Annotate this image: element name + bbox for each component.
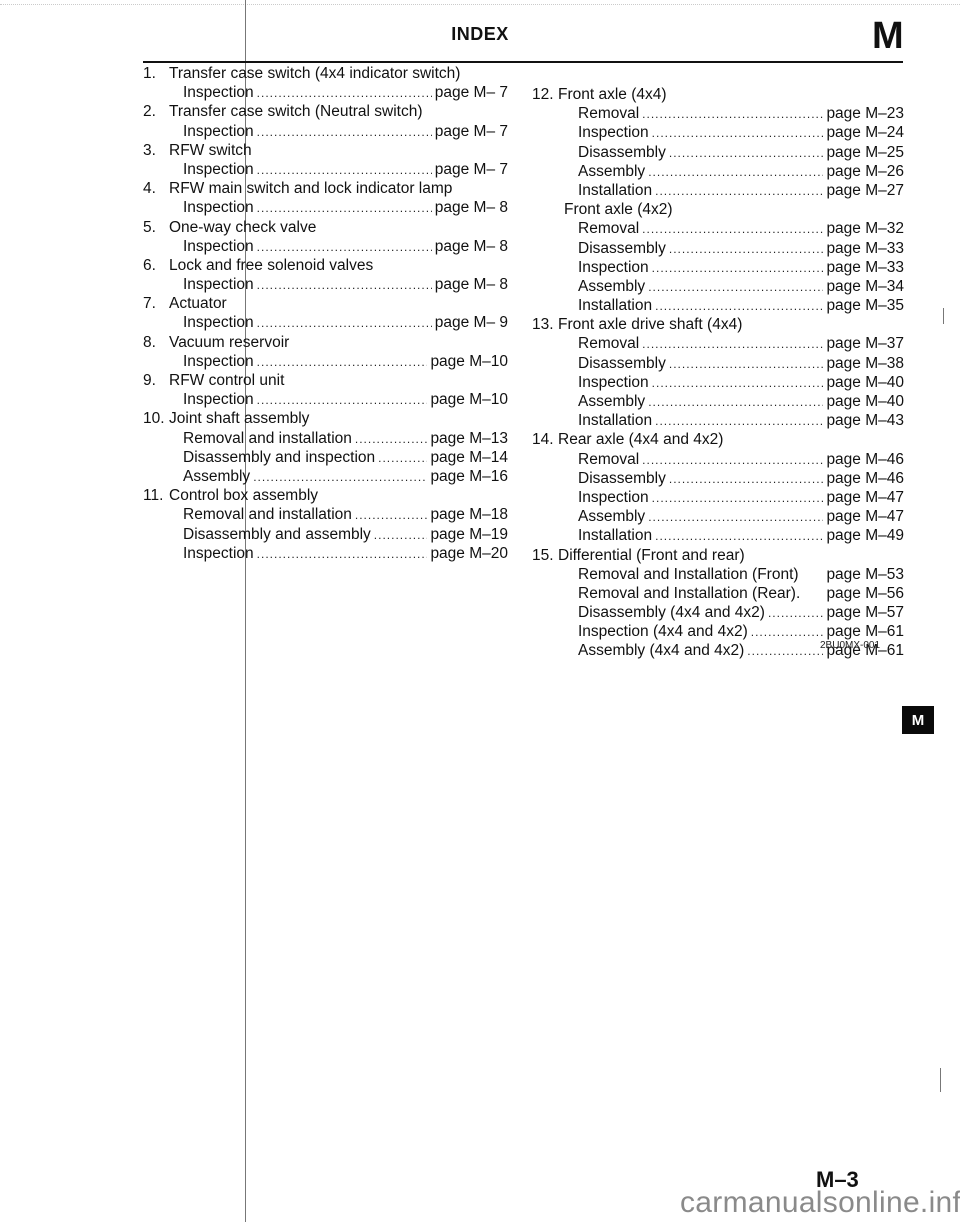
entry-label: Inspection [183, 122, 254, 141]
entry-page-ref: page M–47 [826, 488, 904, 507]
section-title: Lock and free solenoid valves [169, 256, 373, 275]
dot-leader [652, 374, 824, 393]
entry-page-ref: page M– 9 [435, 313, 508, 332]
index-entry[interactable]: Installationpage M–49 [532, 526, 904, 545]
index-section-heading: 4.RFW main switch and lock indicator lam… [143, 179, 508, 198]
watermark: carmanualsonline.info [680, 1186, 960, 1220]
index-entry[interactable]: Disassemblypage M–38 [532, 354, 904, 373]
dot-leader [257, 123, 432, 142]
entry-page-ref: page M–40 [826, 373, 904, 392]
entry-page-ref: page M–32 [826, 219, 904, 238]
entry-label: Installation [578, 526, 652, 545]
index-section-heading: 2.Transfer case switch (Neutral switch) [143, 102, 508, 121]
dot-leader [669, 144, 824, 163]
entry-label: Disassembly [578, 239, 666, 258]
index-section-heading: 6.Lock and free solenoid valves [143, 256, 508, 275]
index-entry[interactable]: Installationpage M–27 [532, 181, 904, 200]
entry-page-ref: page M–10 [430, 352, 508, 371]
index-entry[interactable]: Inspectionpage M– 8 [143, 198, 508, 217]
entry-page-ref: page M– 8 [435, 198, 508, 217]
dot-leader [652, 489, 824, 508]
index-section-heading: 11.Control box assembly [143, 486, 508, 505]
entry-page-ref: page M–49 [826, 526, 904, 545]
dot-leader [669, 470, 824, 489]
dot-leader [257, 84, 432, 103]
section-number: 14. [532, 430, 558, 449]
dot-leader [655, 527, 823, 546]
entry-page-ref: page M– 8 [435, 275, 508, 294]
index-entry[interactable]: Assemblypage M–40 [532, 392, 904, 411]
dot-leader [642, 105, 823, 124]
section-number: 9. [143, 371, 169, 390]
entry-label: Inspection (4x4 and 4x2) [578, 622, 748, 641]
index-section-heading: 12.Front axle (4x4) [532, 85, 904, 104]
entry-label: Assembly (4x4 and 4x2) [578, 641, 744, 660]
entry-page-ref: page M–47 [826, 507, 904, 526]
entry-page-ref: page M–46 [826, 469, 904, 488]
index-entry[interactable]: Assemblypage M–16 [143, 467, 508, 486]
section-title: Front axle drive shaft (4x4) [558, 315, 742, 334]
section-number: 6. [143, 256, 169, 275]
index-entry[interactable]: Inspectionpage M–20 [143, 544, 508, 563]
index-entry[interactable]: Removalpage M–46 [532, 450, 904, 469]
entry-page-ref: page M–19 [430, 525, 508, 544]
entry-label: Disassembly [578, 143, 666, 162]
index-entry[interactable]: Disassemblypage M–33 [532, 239, 904, 258]
dot-leader [648, 393, 823, 412]
entry-page-ref: page M–61 [826, 622, 904, 641]
dot-leader [648, 278, 823, 297]
index-section-heading: 15.Differential (Front and rear) [532, 546, 904, 565]
entry-page-ref: page M– 7 [435, 83, 508, 102]
entry-label: Inspection [578, 488, 649, 507]
section-number: 15. [532, 546, 558, 565]
entry-page-ref: page M–27 [826, 181, 904, 200]
section-title: RFW main switch and lock indicator lamp [169, 179, 452, 198]
entry-page-ref: page M–33 [826, 239, 904, 258]
entry-label: Inspection [183, 313, 254, 332]
entry-page-ref: page M–33 [826, 258, 904, 277]
scan-artifact-top [0, 4, 960, 7]
entry-label: Inspection [183, 198, 254, 217]
entry-label: Installation [578, 411, 652, 430]
entry-page-ref: page M–14 [430, 448, 508, 467]
entry-label: Disassembly [578, 469, 666, 488]
entry-label: Disassembly [578, 354, 666, 373]
index-entry[interactable]: Inspectionpage M–33 [532, 258, 904, 277]
dot-leader [378, 449, 427, 468]
index-section-heading: 8.Vacuum reservoir [143, 333, 508, 352]
entry-page-ref: page M–18 [430, 505, 508, 524]
index-entry[interactable]: Inspectionpage M– 7 [143, 122, 508, 141]
section-title: Control box assembly [169, 486, 318, 505]
index-entry[interactable]: Inspectionpage M–10 [143, 390, 508, 409]
entry-page-ref: page M–46 [826, 450, 904, 469]
index-entry[interactable]: Assemblypage M–26 [532, 162, 904, 181]
entry-page-ref: page M–57 [826, 603, 904, 622]
index-section-heading: 13.Front axle drive shaft (4x4) [532, 315, 904, 334]
entry-page-ref: page M–25 [826, 143, 904, 162]
dot-leader [257, 238, 432, 257]
index-entry[interactable]: Disassembly and inspectionpage M–14 [143, 448, 508, 467]
section-number: 10. [143, 409, 169, 428]
dot-leader [257, 276, 432, 295]
index-right-column: 12.Front axle (4x4)Removalpage M–23Inspe… [532, 85, 904, 661]
dot-leader [655, 182, 823, 201]
index-entry[interactable]: Inspectionpage M– 7 [143, 160, 508, 179]
entry-page-ref: page M–40 [826, 392, 904, 411]
entry-label: Disassembly and assembly [183, 525, 371, 544]
figure-code: 2BU0MX-001 [820, 640, 880, 651]
section-number: 7. [143, 294, 169, 313]
index-entry[interactable]: Disassembly and assemblypage M–19 [143, 525, 508, 544]
index-entry[interactable]: Inspectionpage M–10 [143, 352, 508, 371]
entry-label: Inspection [578, 123, 649, 142]
entry-page-ref: page M–20 [430, 544, 508, 563]
entry-page-ref: page M–53 [826, 565, 904, 584]
index-left-column: 1.Transfer case switch (4x4 indicator sw… [143, 64, 508, 563]
entry-label: Disassembly (4x4 and 4x2) [578, 603, 765, 622]
dot-leader [669, 240, 824, 259]
index-entry[interactable]: Inspection (4x4 and 4x2)page M–61 [532, 622, 904, 641]
dot-leader [355, 506, 428, 525]
section-title: RFW switch [169, 141, 252, 160]
entry-label: Removal [578, 334, 639, 353]
entry-label: Installation [578, 181, 652, 200]
section-title: One-way check valve [169, 218, 316, 237]
index-section-heading: 10.Joint shaft assembly [143, 409, 508, 428]
index-entry[interactable]: Inspectionpage M– 8 [143, 275, 508, 294]
section-title: Actuator [169, 294, 227, 313]
index-entry[interactable]: Disassemblypage M–46 [532, 469, 904, 488]
index-entry[interactable]: Disassemblypage M–25 [532, 143, 904, 162]
section-number: 4. [143, 179, 169, 198]
index-section-heading: 14.Rear axle (4x4 and 4x2) [532, 430, 904, 449]
entry-label: Assembly [578, 277, 645, 296]
entry-label: Inspection [183, 160, 254, 179]
entry-label: Removal [578, 450, 639, 469]
index-entry[interactable]: Removalpage M–23 [532, 104, 904, 123]
index-entry[interactable]: Removal and Installation (Front)page M–5… [532, 565, 904, 584]
index-entry[interactable]: Assemblypage M–34 [532, 277, 904, 296]
dot-leader [257, 199, 432, 218]
entry-page-ref: page M–13 [430, 429, 508, 448]
entry-label: Inspection [183, 237, 254, 256]
index-entry[interactable]: Inspectionpage M–24 [532, 123, 904, 142]
entry-label: Assembly [578, 392, 645, 411]
entry-label: Inspection [183, 390, 254, 409]
entry-page-ref: page M–35 [826, 296, 904, 315]
entry-label: Inspection [183, 352, 254, 371]
dot-leader [257, 545, 428, 564]
section-title: Rear axle (4x4 and 4x2) [558, 430, 723, 449]
entry-label: Removal and installation [183, 429, 352, 448]
index-entry[interactable]: Inspectionpage M– 7 [143, 83, 508, 102]
entry-label: Assembly [183, 467, 250, 486]
entry-label: Inspection [578, 258, 649, 277]
entry-page-ref: page M–24 [826, 123, 904, 142]
entry-page-ref: page M– 7 [435, 122, 508, 141]
section-title: Front axle (4x2) [564, 200, 673, 219]
dot-leader [655, 412, 823, 431]
dot-leader [257, 391, 428, 410]
dot-leader [257, 353, 428, 372]
index-entry[interactable]: Inspectionpage M– 8 [143, 237, 508, 256]
section-number: 5. [143, 218, 169, 237]
dot-leader [253, 468, 427, 487]
index-entry[interactable]: Removal and installationpage M–13 [143, 429, 508, 448]
entry-label: Inspection [183, 83, 254, 102]
index-section-heading: 7.Actuator [143, 294, 508, 313]
section-tab-marker: M [902, 706, 934, 734]
entry-label: Inspection [578, 373, 649, 392]
entry-page-ref: page M–10 [430, 390, 508, 409]
entry-label: Assembly [578, 162, 645, 181]
index-entry[interactable]: Removal and Installation (Rear).page M–5… [532, 584, 904, 603]
section-number: 2. [143, 102, 169, 121]
section-title: Transfer case switch (4x4 indicator swit… [169, 64, 460, 83]
dot-leader [652, 124, 824, 143]
section-number: 8. [143, 333, 169, 352]
index-entry[interactable]: Installationpage M–43 [532, 411, 904, 430]
index-section-heading: 3.RFW switch [143, 141, 508, 160]
entry-page-ref: page M–37 [826, 334, 904, 353]
entry-page-ref: page M– 8 [435, 237, 508, 256]
index-entry[interactable]: Inspectionpage M–47 [532, 488, 904, 507]
scan-artifact-edge [940, 1068, 941, 1092]
index-entry[interactable]: Disassembly (4x4 and 4x2)page M–57 [532, 603, 904, 622]
section-number: 11. [143, 486, 169, 505]
entry-page-ref: page M–23 [826, 104, 904, 123]
dot-leader [355, 430, 428, 449]
index-entry[interactable]: Installationpage M–35 [532, 296, 904, 315]
dot-leader [768, 604, 823, 623]
dot-leader [257, 161, 432, 180]
section-title: Transfer case switch (Neutral switch) [169, 102, 423, 121]
entry-label: Removal and installation [183, 505, 352, 524]
section-title: Front axle (4x4) [558, 85, 667, 104]
header-rule [143, 61, 903, 63]
dot-leader [642, 451, 823, 470]
dot-leader [751, 623, 824, 642]
dot-leader [652, 259, 824, 278]
entry-page-ref: page M–43 [826, 411, 904, 430]
section-title: RFW control unit [169, 371, 284, 390]
entry-label: Assembly [578, 507, 645, 526]
section-number: 3. [143, 141, 169, 160]
section-title: Vacuum reservoir [169, 333, 289, 352]
entry-page-ref: page M–26 [826, 162, 904, 181]
entry-label: Removal and Installation (Front) [578, 565, 799, 584]
dot-leader [642, 335, 823, 354]
entry-label: Inspection [183, 275, 254, 294]
section-number: 13. [532, 315, 558, 334]
index-section-heading: 1.Transfer case switch (4x4 indicator sw… [143, 64, 508, 83]
index-entry[interactable]: Removalpage M–37 [532, 334, 904, 353]
entry-label: Installation [578, 296, 652, 315]
entry-label: Removal [578, 104, 639, 123]
entry-label: Removal [578, 219, 639, 238]
section-number: 1. [143, 64, 169, 83]
dot-leader [642, 220, 823, 239]
index-entry[interactable]: Removalpage M–32 [532, 219, 904, 238]
entry-page-ref: page M– 7 [435, 160, 508, 179]
index-section-heading: Front axle (4x2) [532, 200, 904, 219]
entry-page-ref: page M–56 [826, 584, 904, 603]
section-title: Joint shaft assembly [169, 409, 309, 428]
dot-leader [648, 163, 823, 182]
entry-label: Disassembly and inspection [183, 448, 375, 467]
dot-leader [648, 508, 823, 527]
entry-page-ref: page M–34 [826, 277, 904, 296]
index-section-heading: 9.RFW control unit [143, 371, 508, 390]
dot-leader [669, 355, 824, 374]
index-entry[interactable]: Inspectionpage M– 9 [143, 313, 508, 332]
section-number: 12. [532, 85, 558, 104]
dot-leader [655, 297, 823, 316]
dot-leader [257, 314, 432, 333]
dot-leader [747, 642, 823, 661]
entry-label: Removal and Installation (Rear). [578, 584, 800, 603]
index-entry[interactable]: Assemblypage M–47 [532, 507, 904, 526]
index-section-heading: 5.One-way check valve [143, 218, 508, 237]
section-letter: M [872, 16, 904, 56]
section-title: Differential (Front and rear) [558, 546, 745, 565]
scan-artifact-edge [943, 308, 944, 324]
entry-label: Inspection [183, 544, 254, 563]
page-title: INDEX [0, 24, 960, 45]
entry-page-ref: page M–38 [826, 354, 904, 373]
index-entry[interactable]: Inspectionpage M–40 [532, 373, 904, 392]
dot-leader [374, 526, 428, 545]
index-entry[interactable]: Removal and installationpage M–18 [143, 505, 508, 524]
entry-page-ref: page M–16 [430, 467, 508, 486]
